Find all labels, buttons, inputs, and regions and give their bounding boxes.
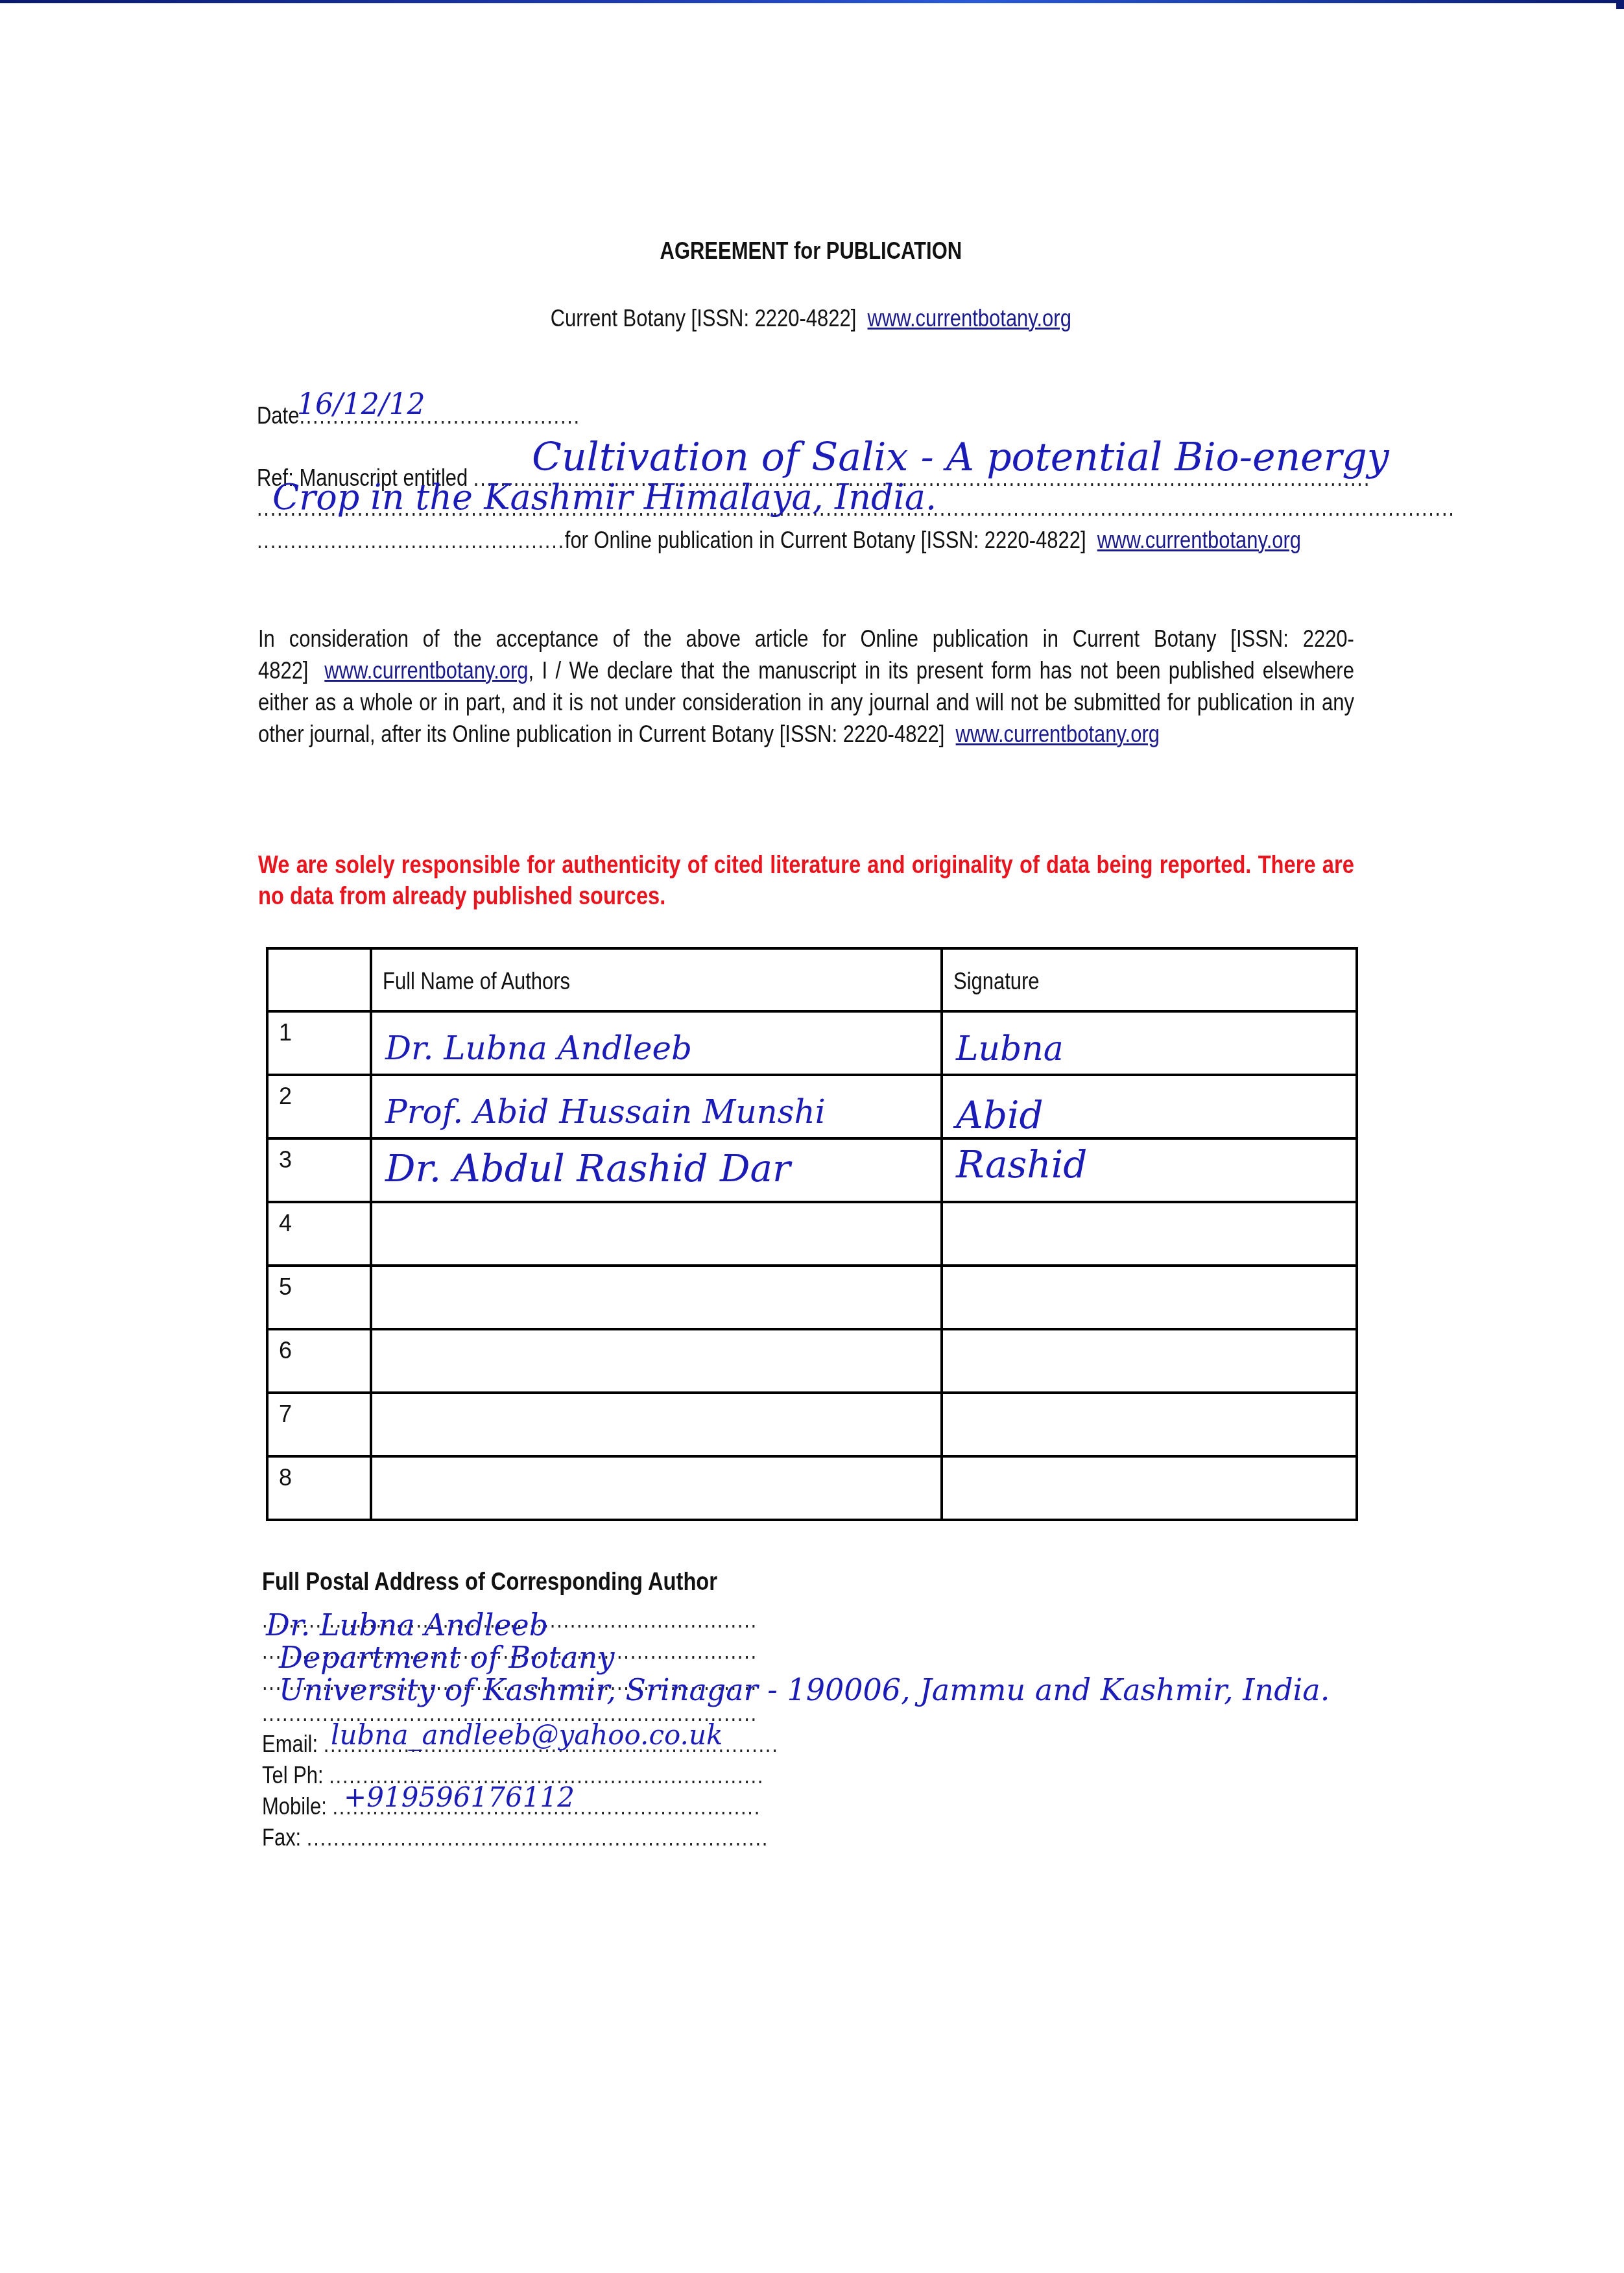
online-publication-text: for Online publication in Current Botany… bbox=[565, 527, 1086, 553]
author-name: Dr. Lubna Andleeb bbox=[385, 1029, 692, 1067]
manuscript-title-line2[interactable]: Crop in the Kashmir Himalaya, India. bbox=[272, 477, 937, 518]
author-signature-cell[interactable]: Rashid bbox=[942, 1138, 1357, 1202]
author-name-cell[interactable]: Dr. Abdul Rashid Dar bbox=[371, 1138, 942, 1202]
header-number-cell bbox=[267, 948, 371, 1011]
header-name-cell: Full Name of Authors bbox=[371, 948, 942, 1011]
manuscript-title-line1[interactable]: Cultivation of Salix - A potential Bio-e… bbox=[532, 435, 1389, 480]
author-signature: Rashid bbox=[956, 1142, 1087, 1186]
email-label: Email: bbox=[262, 1731, 318, 1757]
scan-edge-block bbox=[1616, 0, 1624, 9]
author-name-cell[interactable]: Prof. Abid Hussain Munshi bbox=[371, 1075, 942, 1138]
row-number: 2 bbox=[279, 1083, 292, 1110]
fax-field: Fax: ...................................… bbox=[262, 1824, 769, 1851]
mobile-label: Mobile: bbox=[262, 1793, 327, 1820]
table-row: 8 bbox=[267, 1456, 1357, 1520]
tel-label: Tel Ph: bbox=[262, 1762, 324, 1788]
author-name-cell[interactable] bbox=[371, 1266, 942, 1329]
row-number: 4 bbox=[279, 1210, 292, 1237]
table-row: 1 Dr. Lubna Andleeb Lubna bbox=[267, 1011, 1357, 1075]
address-heading: Full Postal Address of Corresponding Aut… bbox=[262, 1569, 717, 1596]
author-name-cell[interactable] bbox=[371, 1393, 942, 1456]
address-line-3[interactable]: University of Kashmir, Srinagar - 190006… bbox=[279, 1672, 1330, 1707]
address-line-2[interactable]: Department of Botany bbox=[279, 1640, 614, 1675]
author-signature-cell[interactable]: Abid bbox=[942, 1075, 1357, 1138]
author-signature-cell[interactable] bbox=[942, 1329, 1357, 1393]
author-signature-cell[interactable] bbox=[942, 1202, 1357, 1266]
document-title: AGREEMENT for PUBLICATION bbox=[113, 237, 1509, 265]
scan-edge bbox=[0, 0, 1624, 3]
journal-line: Current Botany [ISSN: 2220-4822] www.cur… bbox=[113, 305, 1509, 332]
author-name-cell[interactable] bbox=[371, 1456, 942, 1520]
author-name: Dr. Abdul Rashid Dar bbox=[385, 1146, 791, 1190]
author-signature-cell[interactable] bbox=[942, 1393, 1357, 1456]
authors-table: Full Name of Authors Signature 1 Dr. Lub… bbox=[266, 947, 1358, 1521]
ref-dots-3: ........................................… bbox=[257, 527, 565, 553]
mobile-value[interactable]: +919596176112 bbox=[344, 1781, 575, 1813]
journal-name: Current Botany [ISSN: 2220-4822] bbox=[551, 305, 857, 331]
author-signature-cell[interactable] bbox=[942, 1266, 1357, 1329]
header-signature-cell: Signature bbox=[942, 948, 1357, 1011]
row-number: 5 bbox=[279, 1273, 292, 1301]
address-line-1[interactable]: Dr. Lubna Andleeb bbox=[266, 1607, 548, 1642]
header-full-name: Full Name of Authors bbox=[383, 968, 570, 995]
author-signature-cell[interactable] bbox=[942, 1456, 1357, 1520]
date-label: Date bbox=[257, 402, 299, 429]
author-signature: Lubna bbox=[956, 1029, 1064, 1068]
row-number: 7 bbox=[279, 1401, 292, 1428]
declaration-paragraph: In consideration of the acceptance of th… bbox=[258, 623, 1354, 750]
author-name-cell[interactable]: Dr. Lubna Andleeb bbox=[371, 1011, 942, 1075]
declaration-url-2[interactable]: www.currentbotany.org bbox=[956, 721, 1160, 747]
author-signature: Abid bbox=[956, 1093, 1044, 1137]
author-name: Prof. Abid Hussain Munshi bbox=[385, 1093, 826, 1131]
online-publication-url[interactable]: www.currentbotany.org bbox=[1097, 527, 1301, 553]
table-row: 4 bbox=[267, 1202, 1357, 1266]
author-name-cell[interactable] bbox=[371, 1202, 942, 1266]
ref-line3: ........................................… bbox=[257, 527, 1301, 554]
header-signature: Signature bbox=[953, 968, 1040, 995]
table-row: 5 bbox=[267, 1266, 1357, 1329]
row-number: 1 bbox=[279, 1019, 292, 1046]
date-value[interactable]: 16/12/12 bbox=[297, 388, 425, 421]
table-row: 7 bbox=[267, 1393, 1357, 1456]
fax-label: Fax: bbox=[262, 1824, 301, 1851]
table-header-row: Full Name of Authors Signature bbox=[267, 948, 1357, 1011]
responsibility-statement: We are solely responsible for authentici… bbox=[258, 850, 1354, 912]
table-row: 6 bbox=[267, 1329, 1357, 1393]
table-row: 2 Prof. Abid Hussain Munshi Abid bbox=[267, 1075, 1357, 1138]
row-number: 3 bbox=[279, 1146, 292, 1173]
author-name-cell[interactable] bbox=[371, 1329, 942, 1393]
row-number: 8 bbox=[279, 1464, 292, 1491]
author-signature-cell[interactable]: Lubna bbox=[942, 1011, 1357, 1075]
row-number: 6 bbox=[279, 1337, 292, 1364]
journal-url-link[interactable]: www.currentbotany.org bbox=[868, 305, 1071, 331]
declaration-url-1[interactable]: www.currentbotany.org bbox=[324, 657, 528, 684]
table-row: 3 Dr. Abdul Rashid Dar Rashid bbox=[267, 1138, 1357, 1202]
email-value[interactable]: lubna_andleeb@yahoo.co.uk bbox=[331, 1719, 722, 1751]
